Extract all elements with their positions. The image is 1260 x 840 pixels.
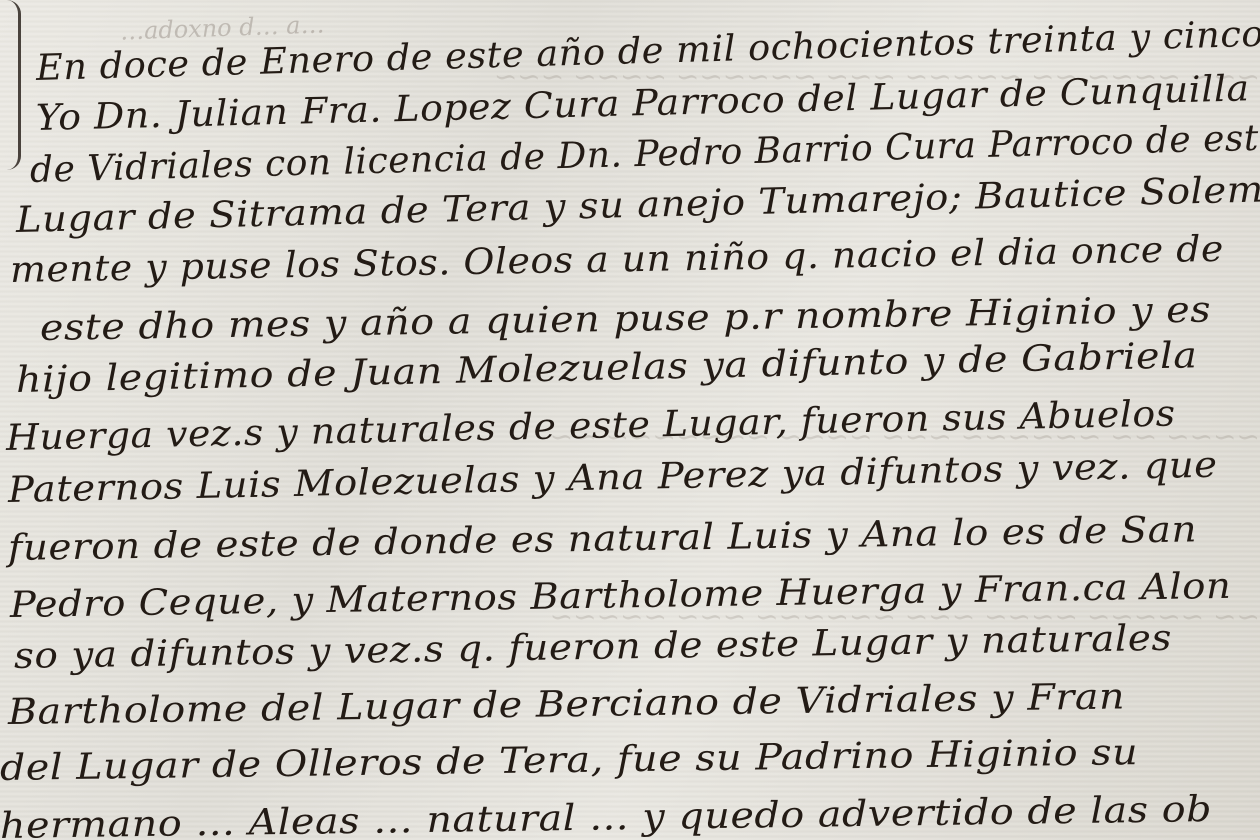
manuscript-line-13: Bartholome del Lugar de Berciano de Vidr… xyxy=(8,676,1126,733)
manuscript-page: ~~~ ~~~~ ~~ ~~~~~ ~~~ ~~~~~~ ~~~~ ~~~ ~~… xyxy=(0,0,1260,840)
manuscript-line-10: fueron de este de donde es natural Luis … xyxy=(8,509,1198,569)
margin-brace xyxy=(4,0,21,170)
manuscript-line-15: hermano … Aleas … natural … y quedo adve… xyxy=(0,789,1212,840)
manuscript-line-5: mente y puse los Stos. Oleos a un niño q… xyxy=(10,229,1225,291)
manuscript-line-14: del Lugar de Olleros de Tera, fue su Pad… xyxy=(0,732,1138,789)
